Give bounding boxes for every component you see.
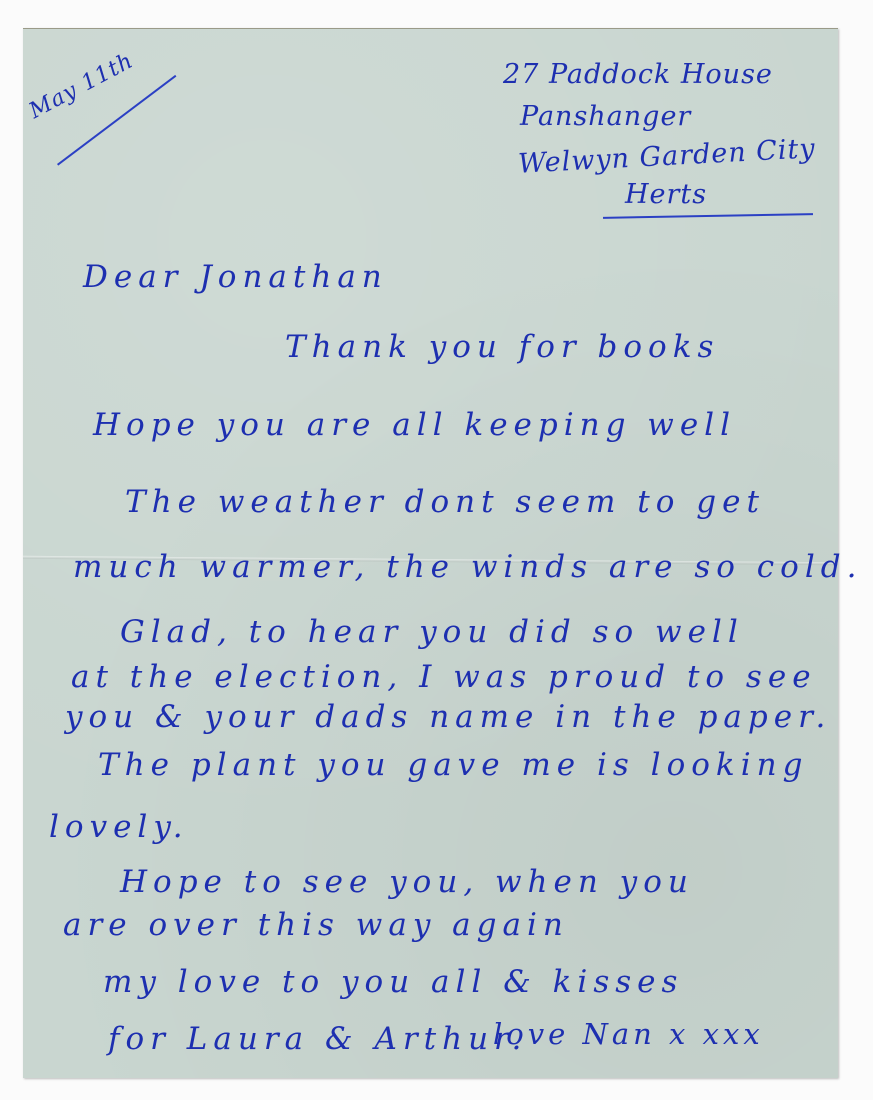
body-line: Glad, to hear you did so well — [120, 614, 744, 650]
body-line: The plant you gave me is looking — [98, 747, 808, 783]
body-line: are over this way again — [63, 907, 569, 943]
address-line-1: 27 Paddock House — [503, 59, 773, 90]
address-underline — [603, 213, 813, 219]
address-line-2: Panshanger — [520, 101, 691, 132]
body-line: you & your dads name in the paper. — [65, 699, 831, 735]
letter-paper: May 11th 27 Paddock House Panshanger Wel… — [23, 28, 838, 1078]
body-line: my love to you all & kisses — [103, 964, 683, 1000]
address-line-3: Welwyn Garden City — [517, 133, 816, 180]
body-line: much warmer, the winds are so cold. — [73, 549, 862, 585]
body-line: Hope you are all keeping well — [93, 407, 736, 443]
body-line: for Laura & Arthur. — [108, 1021, 527, 1057]
body-line: Thank you for books — [285, 329, 719, 365]
closing-signature: love Nan x xxx — [493, 1017, 764, 1051]
body-line: at the election, I was proud to see — [71, 659, 817, 695]
date-note: May 11th — [25, 48, 137, 124]
address-line-4: Herts — [625, 179, 707, 210]
body-line: The weather dont seem to get — [125, 484, 765, 520]
salutation: Dear Jonathan — [83, 259, 388, 295]
body-line: Hope to see you, when you — [120, 864, 694, 900]
body-line: lovely. — [49, 809, 189, 845]
